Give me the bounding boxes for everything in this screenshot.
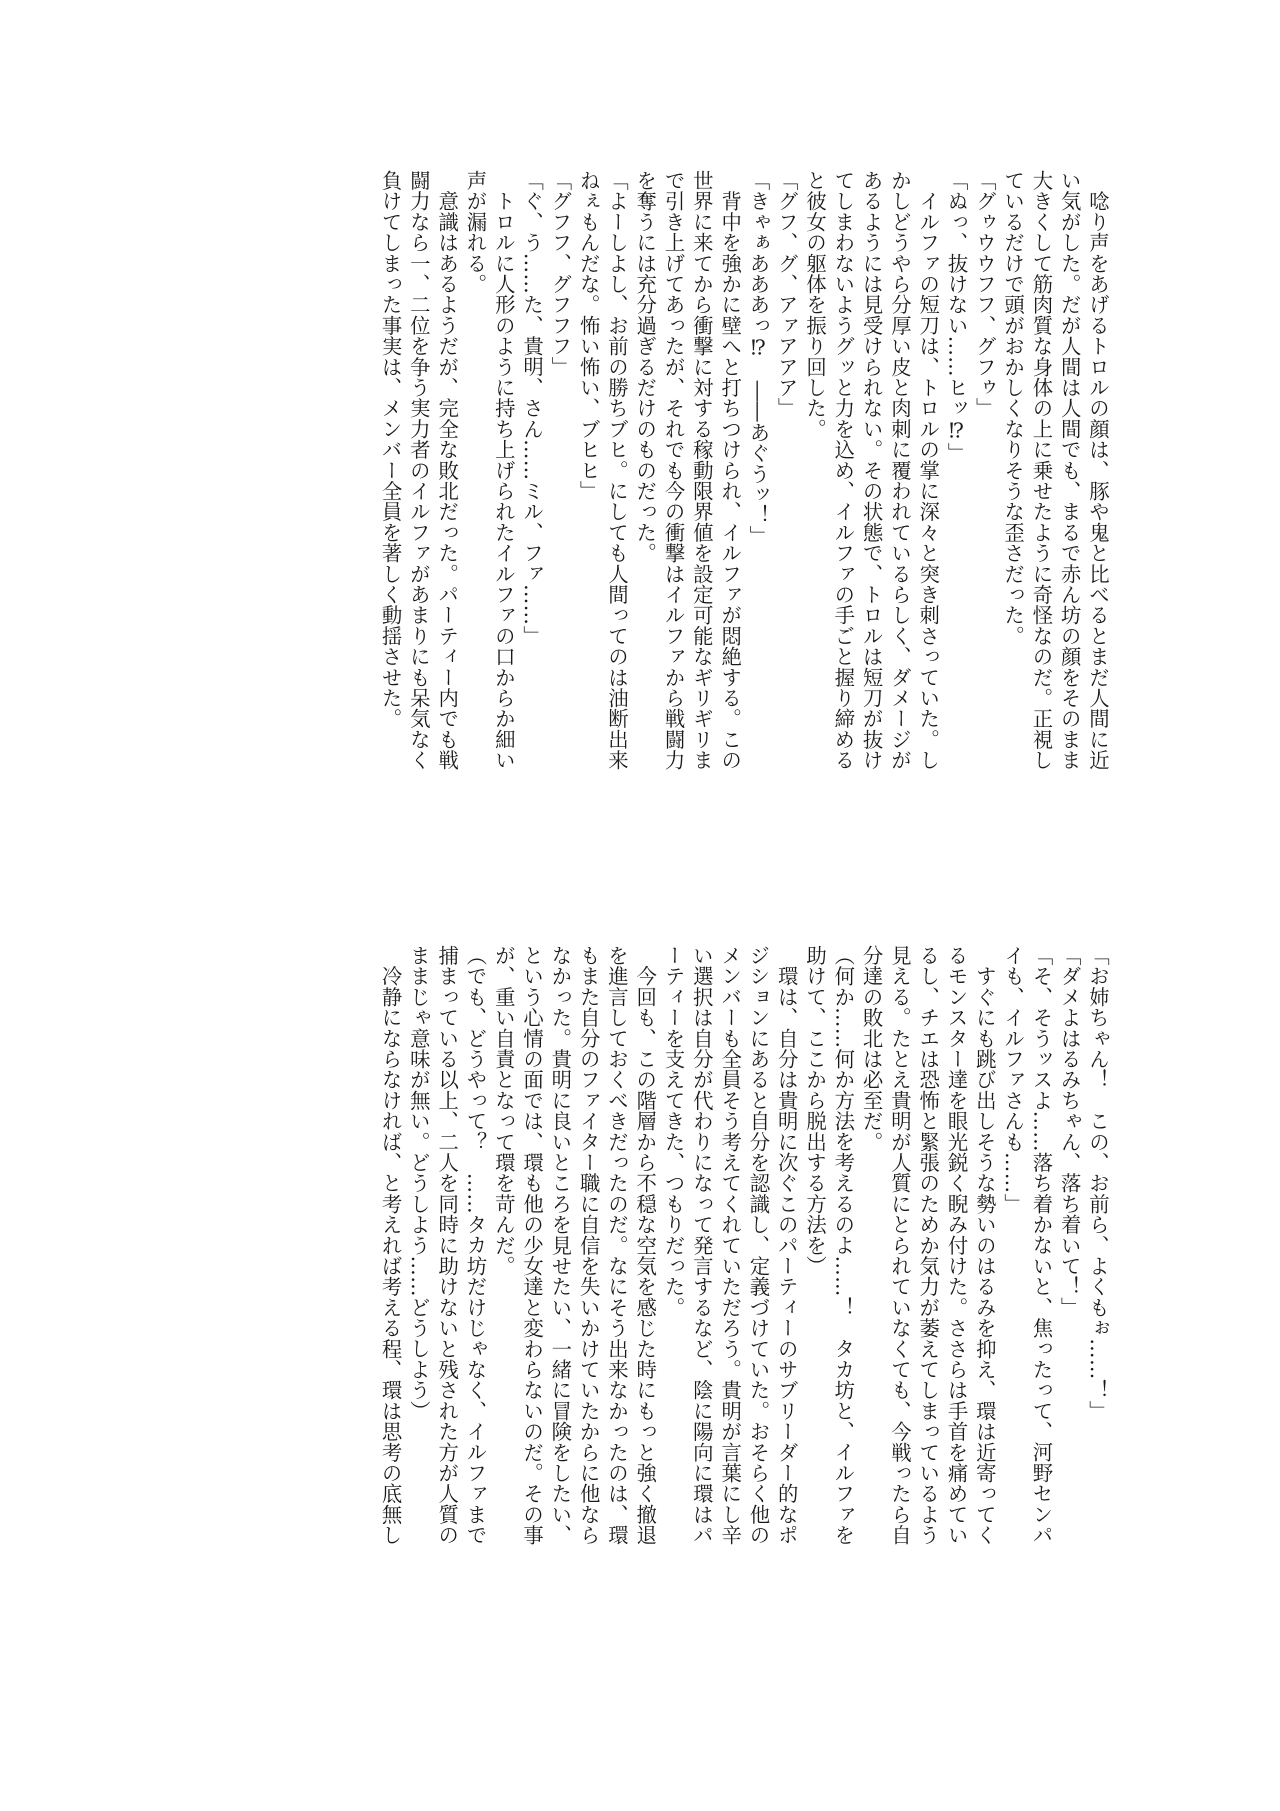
text-line: すぐにも跳び出しそうな勢いのはるみを抑え、環は近寄ってく — [971, 945, 999, 1665]
text-line: イも、イルファさんも……」 — [999, 945, 1027, 1665]
text-block-bottom: 「お姉ちゃん！ この、お前ら、よくもぉ……！」「ダメよはるみちゃん、落ち着いて！… — [192, 945, 1112, 1665]
text-line: ているだけで頭がおかしくなりそうな歪さだった。 — [999, 170, 1027, 890]
text-line: もまた自分のファイター職に自信を失いかけていたからに他なら — [574, 945, 602, 1665]
text-line: 「お姉ちゃん！ この、お前ら、よくもぉ……！」 — [1084, 945, 1112, 1665]
text-line: 「グフフ、グフフフ」 — [546, 170, 574, 890]
text-line: 大きくして筋肉質な身体の上に乗せたように奇怪なのだ。正視し — [1027, 170, 1055, 890]
text-line: を進言しておくべきだったのだ。なにそう出来なかったのは、環 — [603, 945, 631, 1665]
text-line: が、重い自責となって環を苛んだ。 — [489, 945, 517, 1665]
text-line: 意識はあるようだが、完全な敗北だった。パーティー内でも戦 — [433, 170, 461, 890]
text-line: 「グゥウウフフ、グフゥ」 — [971, 170, 999, 890]
text-line: ジションにあると自分を認識し、定義づけていた。おそらく他の — [744, 945, 772, 1665]
text-line: かしどうやら分厚い皮と肉刺に覆われているらしく、ダメージが — [886, 170, 914, 890]
text-line: という心情の面では、環も他の少女達と変わらないのだ。その事 — [518, 945, 546, 1665]
text-line: ままじゃ意味が無い。どうしよう……どうしよう） — [405, 945, 433, 1665]
text-block-top: 唸り声をあげるトロルの顔は、豚や鬼と比べるとまだ人間に近い気がした。だが人間は人… — [192, 170, 1112, 890]
text-line: 世界に来てから衝撃に対する稼動限界値を設定可能なギリギリま — [688, 170, 716, 890]
text-line: 声が漏れる。 — [461, 170, 489, 890]
novel-page: 唸り声をあげるトロルの顔は、豚や鬼と比べるとまだ人間に近い気がした。だが人間は人… — [0, 0, 1280, 1811]
text-line: 「ぐ、う……た、貴明、さん……ミル、ファ……」 — [518, 170, 546, 890]
text-line: イルファの短刀は、トロルの掌に深々と突き刺さっていた。し — [914, 170, 942, 890]
text-line: メンバーも全員そう考えてくれていただろう。貴明が言葉にし辛 — [716, 945, 744, 1665]
text-line: ーティーを支えてきた、つもりだった。 — [659, 945, 687, 1665]
text-line: （でも、どうやって？ ……タカ坊だけじゃなく、イルファまで — [461, 945, 489, 1665]
text-line: 捕まっている以上、二人を同時に助けないと残された方が人質の — [433, 945, 461, 1665]
text-line: トロルに人形のように持ち上げられたイルファの口からか細い — [489, 170, 517, 890]
text-line: なかった。貴明に良いところを見せたい、一緒に冒険をしたい、 — [546, 945, 574, 1665]
text-line: 今回も、この階層から不穏な空気を感じた時にもっと強く撤退 — [631, 945, 659, 1665]
text-line: 環は、自分は貴明に次ぐこのパーティーのサブリーダー的なポ — [772, 945, 800, 1665]
text-line: 「きゃぁあああっ⁉ ――あぐうッ！」 — [744, 170, 772, 890]
text-line: 「ダメよはるみちゃん、落ち着いて！」 — [1055, 945, 1083, 1665]
text-line: あるようには見受けられない。その状態で、トロルは短刀が抜け — [857, 170, 885, 890]
text-line: と彼女の躯体を振り回した。 — [801, 170, 829, 890]
text-line: 助けて、ここから脱出する方法を） — [801, 945, 829, 1665]
text-line: を奪うには充分過ぎるだけのものだった。 — [631, 170, 659, 890]
text-line: るし、チエは恐怖と緊張のためか気力が萎えてしまっているよう — [914, 945, 942, 1665]
text-line: るモンスター達を眼光鋭く睨み付けた。ささらは手首を痛めてい — [942, 945, 970, 1665]
text-line: 「ぬっ、抜けない……ヒッ⁉」 — [942, 170, 970, 890]
text-line: （何か……何か方法を考えるのよ……！ タカ坊と、イルファを — [829, 945, 857, 1665]
text-line: 背中を強かに壁へと打ちつけられ、イルファが悶絶する。この — [716, 170, 744, 890]
text-line: で引き上げてあったが、それでも今の衝撃はイルファから戦闘力 — [659, 170, 687, 890]
text-line: 「そ、そうッスよ……落ち着かないと、焦ったって、河野センパ — [1027, 945, 1055, 1665]
text-line: 唸り声をあげるトロルの顔は、豚や鬼と比べるとまだ人間に近 — [1084, 170, 1112, 890]
text-line: 「よーしよし、お前の勝ちブヒ。にしても人間ってのは油断出来 — [603, 170, 631, 890]
text-line: 闘力なら一、二位を争う実力者のイルファがあまりにも呆気なく — [405, 170, 433, 890]
text-line: 冷静にならなければ、と考えれば考える程、環は思考の底無し — [376, 945, 404, 1665]
text-line: い選択は自分が代わりになって発言するなど、陰に陽向に環はパ — [688, 945, 716, 1665]
text-line: 分達の敗北は必至だ。 — [857, 945, 885, 1665]
text-line: い気がした。だが人間は人間でも、まるで赤ん坊の顔をそのまま — [1055, 170, 1083, 890]
text-line: 見える。たとえ貴明が人質にとられていなくても、今戦ったら自 — [886, 945, 914, 1665]
text-line: 負けてしまった事実は、メンバー全員を著しく動揺させた。 — [376, 170, 404, 890]
text-line: ねぇもんだな。怖い怖い、ブヒヒ」 — [574, 170, 602, 890]
text-line: 「グフ、グ、アァアアア」 — [772, 170, 800, 890]
text-line: てしまわないようグッと力を込め、イルファの手ごと握り締める — [829, 170, 857, 890]
